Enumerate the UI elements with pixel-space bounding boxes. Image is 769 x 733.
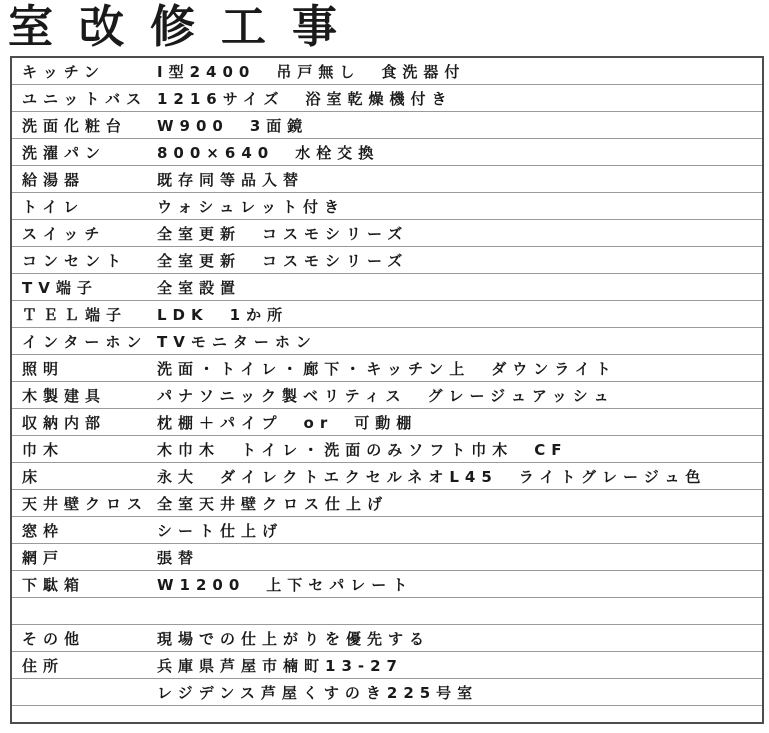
table-row: ＴＥＬ端子 LDK 1か所: [12, 301, 762, 328]
row-label: ユニットバス: [22, 88, 157, 109]
table-row: [12, 706, 762, 722]
row-label: トイレ: [22, 196, 157, 217]
table-row: 網戸 張替: [12, 544, 762, 571]
row-label: 下駄箱: [22, 574, 157, 595]
row-value: 既存同等品入替: [157, 169, 762, 190]
row-value: 全室設置: [157, 277, 762, 298]
row-value: 永大 ダイレクトエクセルネオL45 ライトグレージュ色: [157, 466, 762, 487]
table-row: トイレ ウォシュレット付き: [12, 193, 762, 220]
row-label: ＴＥＬ端子: [22, 304, 157, 325]
page-title: 室改修工事: [8, 0, 769, 54]
row-value: パナソニック製ベリティス グレージュアッシュ: [157, 385, 762, 406]
table-row: レジデンス芦屋くすのき225号室: [12, 679, 762, 706]
row-label: 巾木: [22, 439, 157, 460]
table-row: 巾木 木巾木 トイレ・洗面のみソフト巾木 CF: [12, 436, 762, 463]
row-label: 洗面化粧台: [22, 115, 157, 136]
table-row: 洗濯パン 800×640 水栓交換: [12, 139, 762, 166]
table-row: 洗面化粧台 W900 3面鏡: [12, 112, 762, 139]
table-row: 照明 洗面・トイレ・廊下・キッチン上 ダウンライト: [12, 355, 762, 382]
table-row: キッチン I型2400 吊戸無し 食洗器付: [12, 58, 762, 85]
row-label: 洗濯パン: [22, 142, 157, 163]
row-value: 全室更新 コスモシリーズ: [157, 223, 762, 244]
row-value: LDK 1か所: [157, 304, 762, 325]
row-label: その他: [22, 628, 157, 649]
row-value: 枕棚＋パイプ or 可動棚: [157, 412, 762, 433]
row-label: 照明: [22, 358, 157, 379]
table-row: 天井壁クロス 全室天井壁クロス仕上げ: [12, 490, 762, 517]
spec-table: キッチン I型2400 吊戸無し 食洗器付 ユニットバス 1216サイズ 浴室乾…: [10, 56, 764, 724]
table-row: 木製建具 パナソニック製ベリティス グレージュアッシュ: [12, 382, 762, 409]
row-label: 給湯器: [22, 169, 157, 190]
renovation-spec-sheet: 室改修工事 キッチン I型2400 吊戸無し 食洗器付 ユニットバス 1216サ…: [0, 0, 769, 733]
table-row: [12, 598, 762, 625]
row-label: 住所: [22, 655, 157, 676]
row-value: 洗面・トイレ・廊下・キッチン上 ダウンライト: [157, 358, 762, 379]
table-row: コンセント 全室更新 コスモシリーズ: [12, 247, 762, 274]
row-value: 兵庫県芦屋市楠町13-27: [157, 655, 762, 676]
row-value: 現場での仕上がりを優先する: [157, 628, 762, 649]
table-row: その他 現場での仕上がりを優先する: [12, 625, 762, 652]
row-label: キッチン: [22, 61, 157, 82]
row-label: 収納内部: [22, 412, 157, 433]
row-label: 網戸: [22, 547, 157, 568]
row-label: コンセント: [22, 250, 157, 271]
row-value: I型2400 吊戸無し 食洗器付: [157, 61, 762, 82]
row-label: 天井壁クロス: [22, 493, 157, 514]
row-value: 800×640 水栓交換: [157, 142, 762, 163]
row-value: ウォシュレット付き: [157, 196, 762, 217]
row-label: スイッチ: [22, 223, 157, 244]
table-row: 収納内部 枕棚＋パイプ or 可動棚: [12, 409, 762, 436]
table-row: スイッチ 全室更新 コスモシリーズ: [12, 220, 762, 247]
row-label: TV端子: [22, 277, 157, 298]
row-value: シート仕上げ: [157, 520, 762, 541]
row-value: 木巾木 トイレ・洗面のみソフト巾木 CF: [157, 439, 762, 460]
row-value: TVモニターホン: [157, 331, 762, 352]
table-row: 住所 兵庫県芦屋市楠町13-27: [12, 652, 762, 679]
table-row: 床 永大 ダイレクトエクセルネオL45 ライトグレージュ色: [12, 463, 762, 490]
row-label: インターホン: [22, 331, 157, 352]
row-value: レジデンス芦屋くすのき225号室: [157, 682, 762, 703]
row-value: W1200 上下セパレート: [157, 574, 762, 595]
row-label: 窓枠: [22, 520, 157, 541]
row-value: 全室更新 コスモシリーズ: [157, 250, 762, 271]
table-row: インターホン TVモニターホン: [12, 328, 762, 355]
table-row: TV端子 全室設置: [12, 274, 762, 301]
table-row: 給湯器 既存同等品入替: [12, 166, 762, 193]
table-row: 窓枠 シート仕上げ: [12, 517, 762, 544]
table-row: ユニットバス 1216サイズ 浴室乾燥機付き: [12, 85, 762, 112]
row-label: 木製建具: [22, 385, 157, 406]
row-value: 1216サイズ 浴室乾燥機付き: [157, 88, 762, 109]
row-label: 床: [22, 466, 157, 487]
table-row: 下駄箱 W1200 上下セパレート: [12, 571, 762, 598]
row-value: W900 3面鏡: [157, 115, 762, 136]
row-value: 全室天井壁クロス仕上げ: [157, 493, 762, 514]
row-value: 張替: [157, 547, 762, 568]
